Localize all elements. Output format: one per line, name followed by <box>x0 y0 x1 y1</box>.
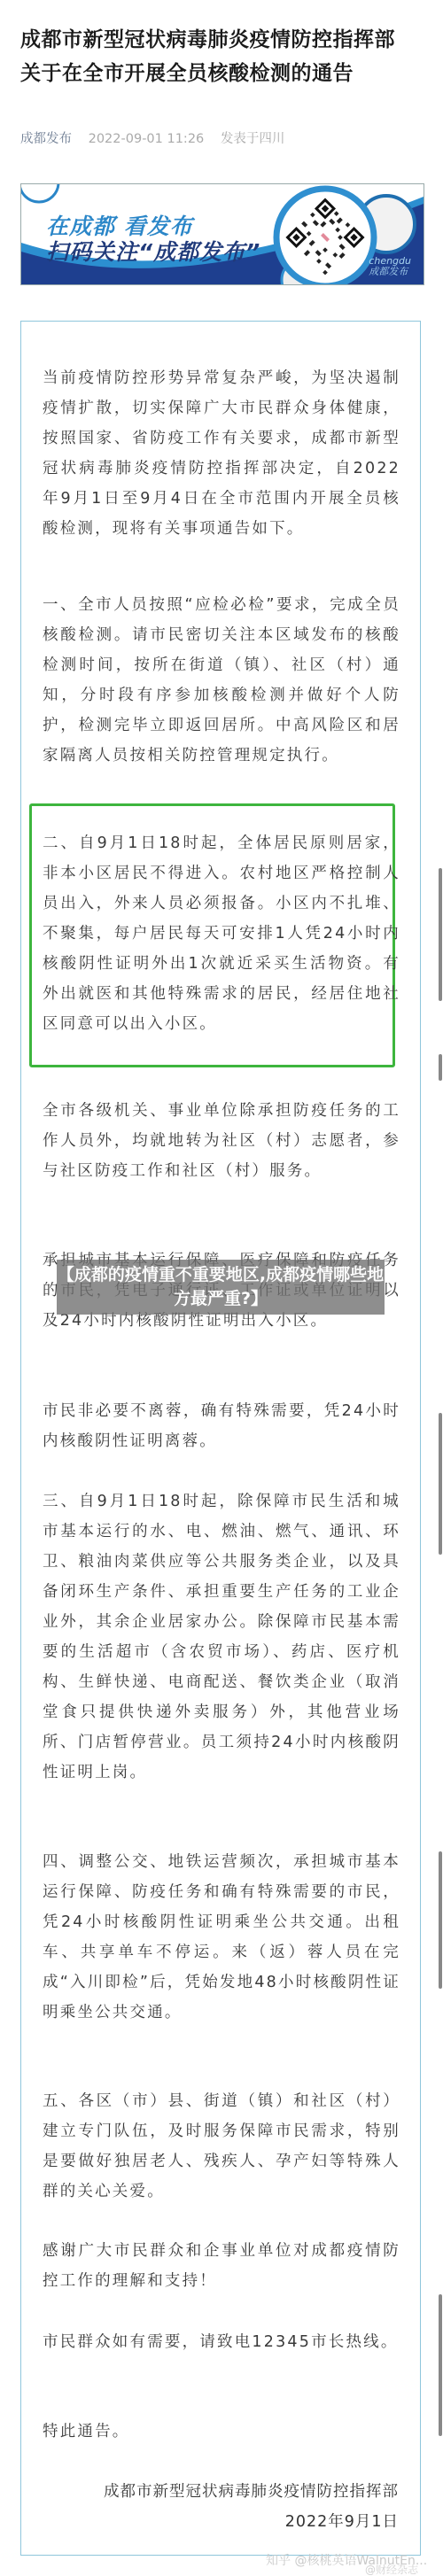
article-location: 发表于四川 <box>221 132 285 146</box>
article-title: 成都市新型冠状病毒肺炎疫情防控指挥部关于在全市开展全员核酸检测的通告 <box>20 23 410 90</box>
scrollbar-thumb[interactable] <box>439 868 442 1001</box>
follow-banner-image: 在成都 看发布 扫码关注“成都发布” chengdu 成都发布 <box>20 183 424 285</box>
banner-brand-logo: chengdu 成都发布 <box>369 256 411 277</box>
notice-paragraph-2-officials: 全市各级机关、事业单位除承担防疫任务的工作人员外，均就地转为社区（村）志愿者，参… <box>43 1096 400 1186</box>
notice-paragraph-2-leaving: 市民非必要不离蓉，确有特殊需要，凭24小时内核酸阴性证明离蓉。 <box>43 1396 400 1456</box>
overlay-caption: 【成都的疫情重不重要地区,成都疫情哪些地方最严重?】 <box>57 1260 385 1315</box>
notice-date: 2022年9月1日 <box>285 2507 399 2537</box>
scrollbar-thumb[interactable] <box>439 2294 442 2436</box>
notice-paragraph-closing: 特此通告。 <box>43 2417 400 2447</box>
notice-paragraph-thanks: 感谢广大市民群众和企事业单位对成都疫情防控工作的理解和支持！ <box>43 2236 400 2296</box>
scrollbar-thumb[interactable] <box>439 1851 442 1989</box>
notice-signature: 成都市新型冠状病毒肺炎疫情防控指挥部 <box>104 2477 399 2507</box>
weibo-watermark: @财经杂志 <box>365 2562 418 2576</box>
scrollbar-thumb[interactable] <box>439 1413 442 1555</box>
notice-paragraph-hotline: 市民群众如有需要，请致电12345市长热线。 <box>43 2327 400 2357</box>
notice-paragraph-4: 四、调整公交、地铁运营频次，承担城市基本运行保障、防疫任务和确有特殊需要的市民，… <box>43 1847 400 2028</box>
notice-paragraph-3: 三、自9月1日18时起，除保障市民生活和城市基本运行的水、电、燃油、燃气、通讯、… <box>43 1486 400 1788</box>
article-source-link[interactable]: 成都发布 <box>20 132 72 146</box>
article-meta: 成都发布 2022-09-01 11:26 发表于四川 <box>20 128 284 147</box>
notice-paragraph-5: 五、各区（市）县、街道（镇）和社区（村）建立专门队伍，及时服务保障市民需求，特别… <box>43 2086 400 2207</box>
article-timestamp: 2022-09-01 11:26 <box>89 132 205 146</box>
notice-paragraph-1: 一、全市人员按照“应检必检”要求，完成全员核酸检测。请市民密切关注本区域发布的核… <box>43 590 400 771</box>
notice-paragraph-intro: 当前疫情防控形势异常复杂严峻，为坚决遏制疫情扩散，切实保障广大市民群众身体健康，… <box>43 363 400 544</box>
scrollbar-thumb[interactable] <box>439 1054 442 1081</box>
notice-paragraph-2: 二、自9月1日18时起，全体居民原则居家，非本小区居民不得进入。农村地区严格控制… <box>43 828 400 1039</box>
banner-follow-prompt: 扫码关注“成都发布” <box>46 235 260 267</box>
